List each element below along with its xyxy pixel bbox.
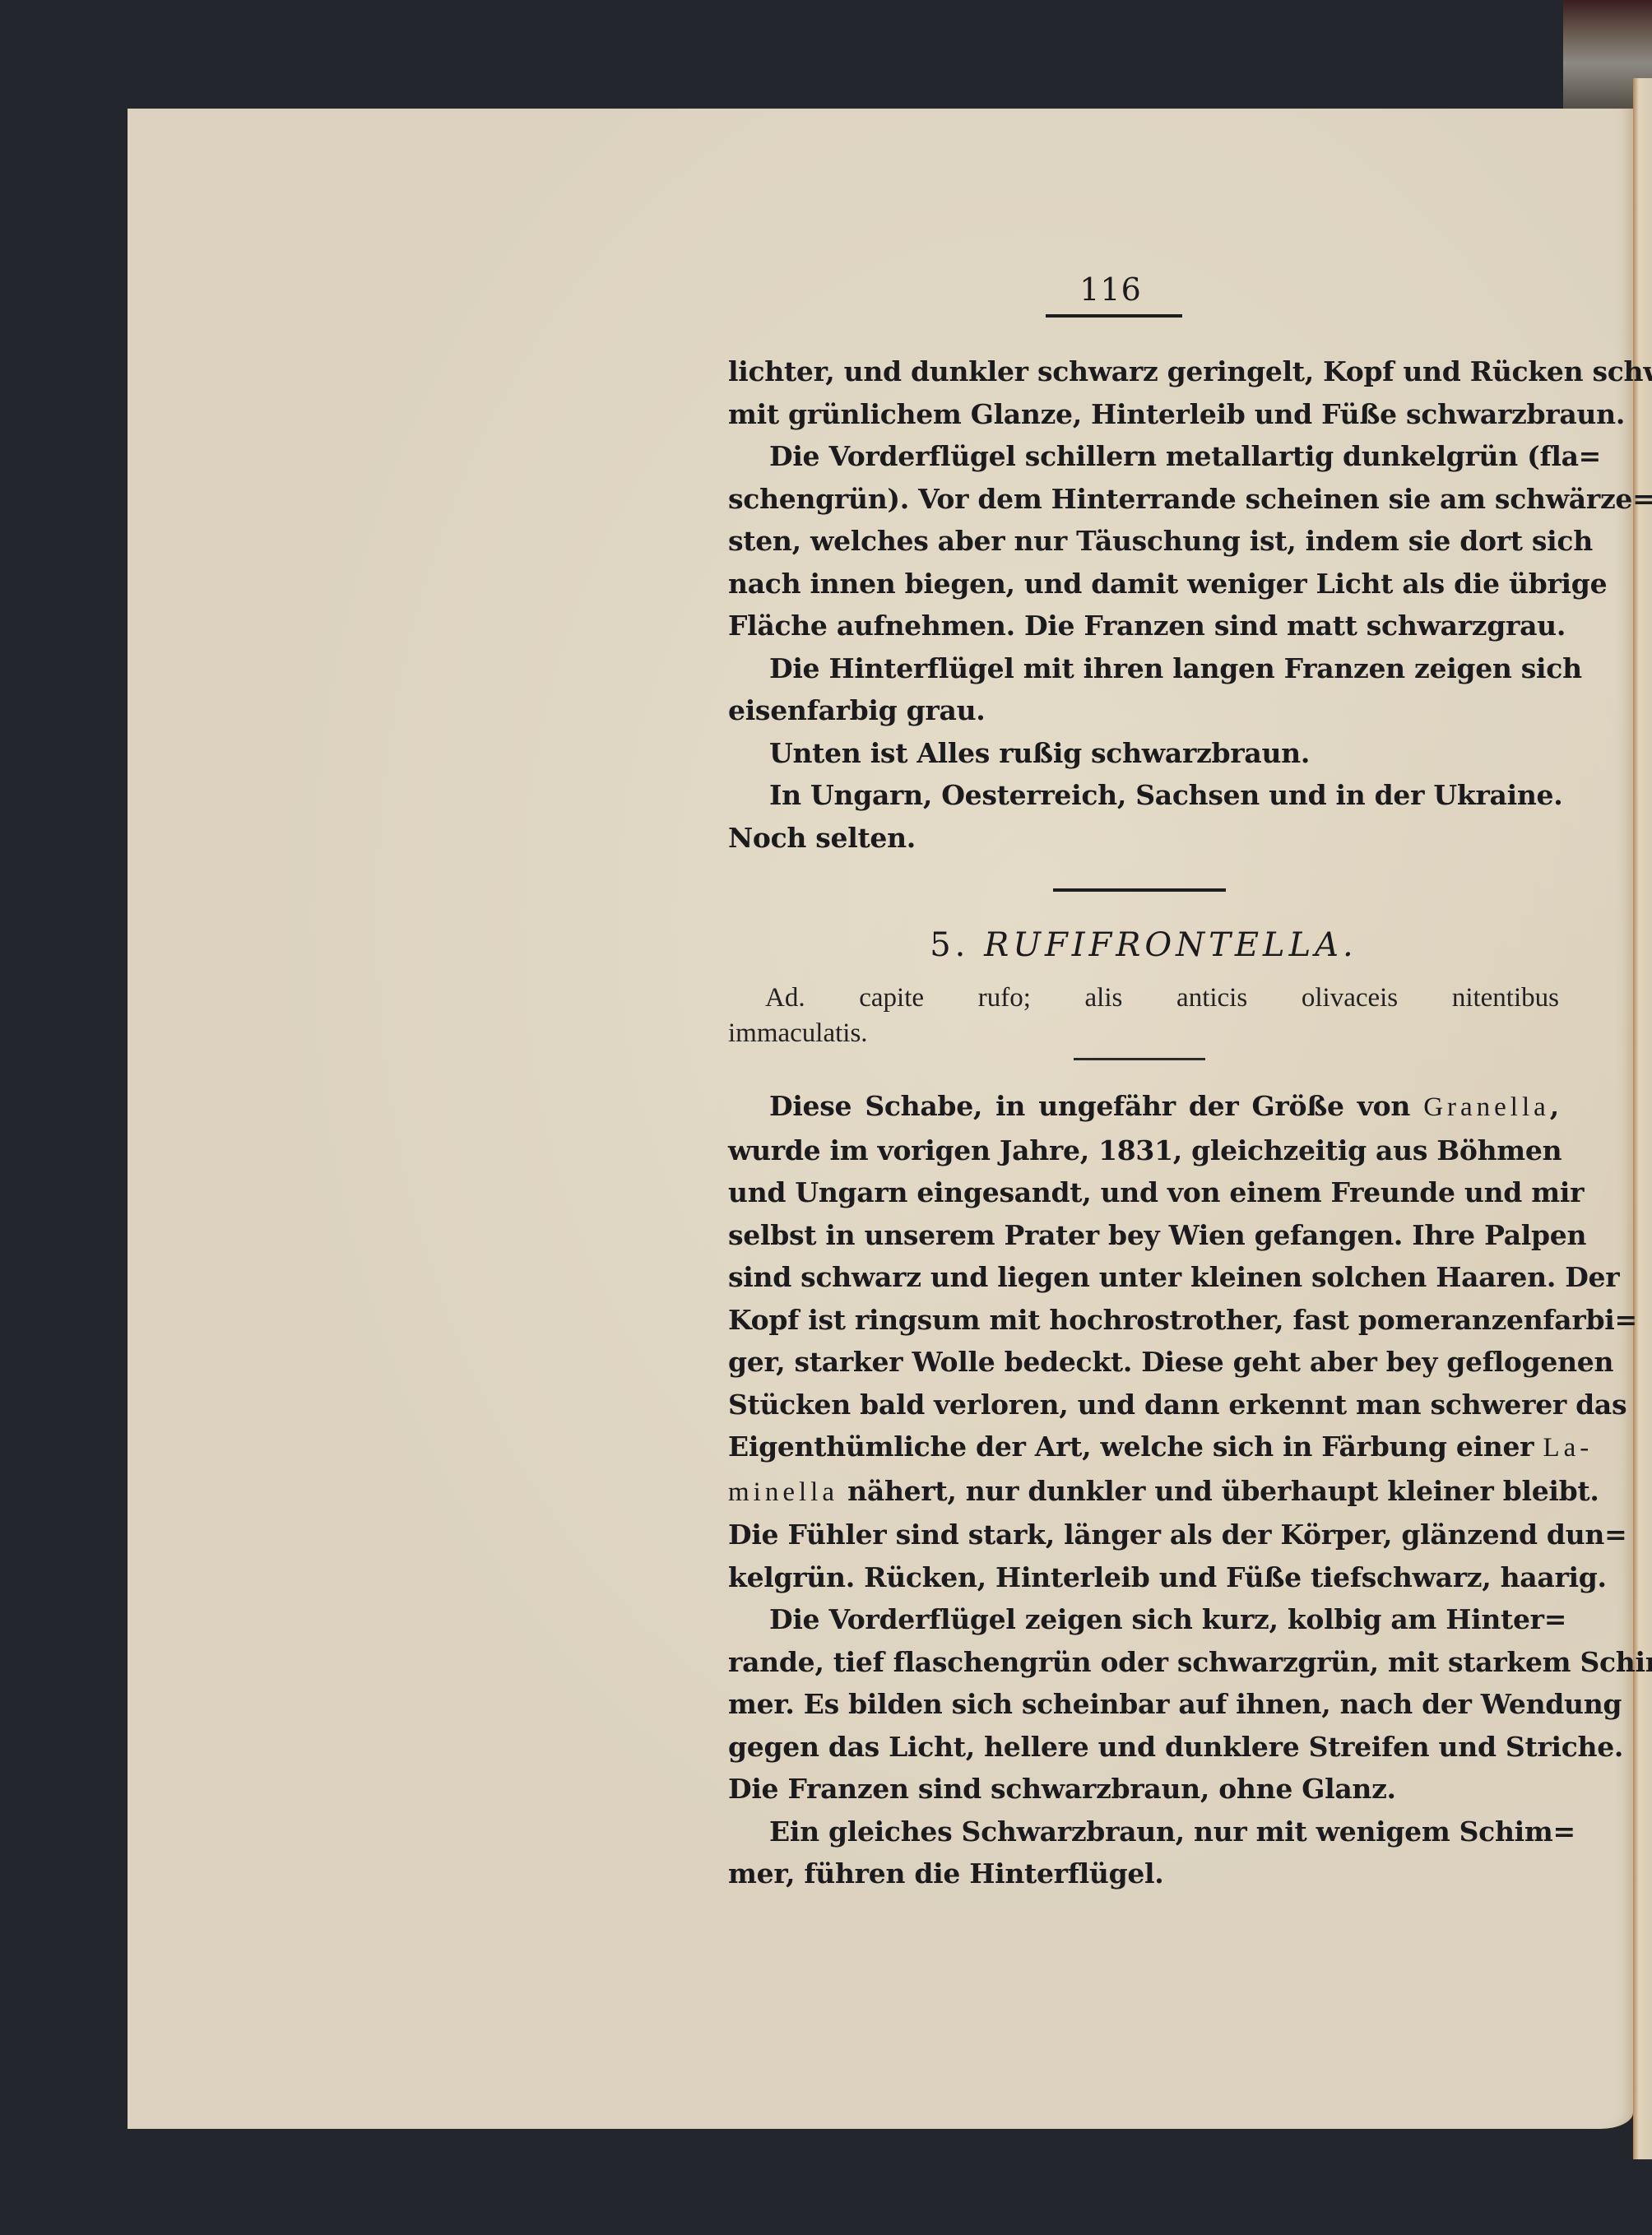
species-reference: minella [728,1477,838,1507]
text-line: eisenfarbig grau. [728,689,1559,732]
latin-diagnosis-line: immaculatis. [728,1016,1559,1051]
species-reference: Granella [1423,1092,1550,1122]
header-rule [1046,314,1182,318]
text-line: gegen das Licht, hellere und dunklere St… [728,1726,1559,1769]
text-line: schengrün). Vor dem Hinterrande scheinen… [728,478,1559,521]
text-line: wurde im vorigen Jahre, 1831, gleichzeit… [728,1129,1559,1172]
paragraph: Ein gleiches Schwarzbraun, nur mit wenig… [728,1811,1559,1895]
text-line: Die Vorderflügel schillern metallartig d… [728,435,1559,478]
text-line: nach innen biegen, und damit weniger Lic… [728,563,1559,605]
text-line: sten, welches aber nur Täuschung ist, in… [728,520,1559,563]
text-line: ger, starker Wolle bedeckt. Diese geht a… [728,1341,1559,1384]
text-line: und Ungarn eingesandt, und von einem Fre… [728,1171,1559,1214]
paragraph: lichter, und dunkler schwarz geringelt, … [728,350,1559,435]
text-line: Ein gleiches Schwarzbraun, nur mit wenig… [728,1811,1559,1853]
page-number: 116 [1057,271,1164,308]
diagnosis-divider [1074,1058,1205,1060]
latin-diagnosis-line: Ad. capite rufo; alis anticis olivaceis … [728,981,1559,1016]
text-line: Die Fühler sind stark, länger als der Kö… [728,1514,1559,1556]
paragraph: Die Vorderflügel schillern metallartig d… [728,435,1559,647]
paragraph: In Ungarn, Oesterreich, Sachsen und in d… [728,774,1559,859]
section-number: 5. [930,926,969,964]
text-line: selbst in unserem Prater bey Wien gefang… [728,1214,1559,1257]
paragraph: Diese Schabe, in ungefähr der Größe von … [728,1085,1559,1598]
paragraph: Die Hinterflügel mit ihren langen Franze… [728,647,1559,732]
text-segment: Diese Schabe, in ungefähr der Größe von [769,1090,1410,1122]
text-line: Unten ist Alles rußig schwarzbraun. [728,732,1559,775]
species-name: RUFIFRONTELLA. [984,926,1357,964]
text-line: Fläche aufnehmen. Die Franzen sind matt … [728,605,1559,647]
text-line: Noch selten. [728,817,1559,860]
text-line: mit grünlichem Glanze, Hinterleib und Fü… [728,393,1559,436]
text-line: kelgrün. Rücken, Hinterleib und Füße tie… [728,1556,1559,1599]
page-text: 116 lichter, und dunkler schwarz geringe… [728,271,1559,1895]
text-line: rande, tief flaschengrün oder schwarzgrü… [728,1641,1559,1684]
text-line: minella nähert, nur dunkler und überhaup… [728,1470,1559,1514]
text-segment: , [1550,1090,1559,1122]
text-line: Stücken bald verloren, und dann erkennt … [728,1384,1559,1426]
text-line: Diese Schabe, in ungefähr der Größe von … [728,1085,1559,1129]
paragraph: Unten ist Alles rußig schwarzbraun. [728,732,1559,775]
text-line: mer. Es bilden sich scheinbar auf ihnen,… [728,1683,1559,1726]
species-reference: La- [1543,1433,1593,1463]
text-line: mer, führen die Hinterflügel. [728,1852,1559,1895]
text-segment: Eigenthümliche der Art, welche sich in F… [728,1430,1534,1463]
paragraph: Die Vorderflügel zeigen sich kurz, kolbi… [728,1598,1559,1811]
text-line: Die Hinterflügel mit ihren langen Franze… [728,647,1559,690]
section-divider [1053,888,1226,892]
text-line: lichter, und dunkler schwarz geringelt, … [728,350,1559,393]
text-segment: nähert, nur dunkler und überhaupt kleine… [847,1475,1599,1507]
text-line: Die Franzen sind schwarzbraun, ohne Glan… [728,1768,1559,1811]
text-line: Die Vorderflügel zeigen sich kurz, kolbi… [728,1598,1559,1641]
text-line: In Ungarn, Oesterreich, Sachsen und in d… [728,774,1559,817]
section-heading: 5. RUFIFRONTELLA. [728,926,1559,964]
text-line: sind schwarz und liegen unter kleinen so… [728,1256,1559,1299]
text-line: Eigenthümliche der Art, welche sich in F… [728,1426,1559,1470]
page-fold [1633,78,1652,2159]
text-line: Kopf ist ringsum mit hochrostrother, fas… [728,1299,1559,1342]
